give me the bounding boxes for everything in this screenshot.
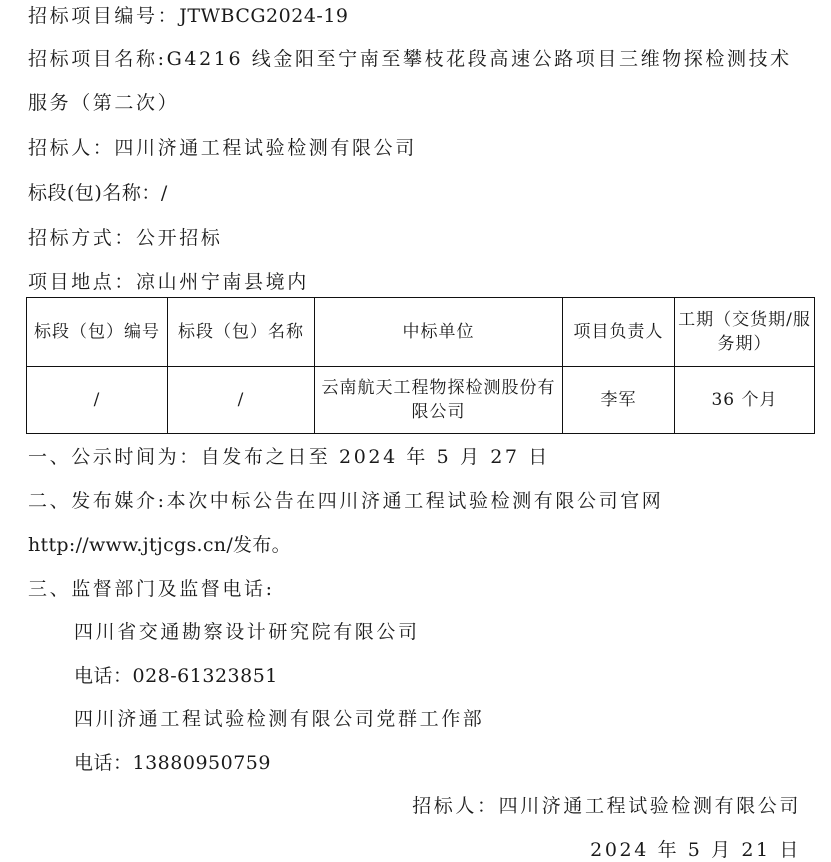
supervisor-org-1: 四川省交通勘察设计研究院有限公司 [74,620,420,644]
cell-manager: 李军 [563,367,675,434]
column-header-winner: 中标单位 [315,298,563,367]
column-header-lot-name: 标段（包）名称 [168,298,315,367]
tenderer-line: 招标人：四川济通工程试验检测有限公司 [28,136,417,160]
signature: 招标人：四川济通工程试验检测有限公司 [412,794,801,818]
project-name-continued: 服务（第二次） [28,91,179,115]
column-header-lot-no: 标段（包）编号 [27,298,168,367]
location-line: 项目地点：凉山州宁南县境内 [28,270,309,294]
project-name: G4216 线金阳至宁南至攀枝花段高速公路项目三维物探检测技术 [167,48,792,70]
lot-name-line: 标段(包)名称：/ [28,181,170,205]
cell-lot-name: / [168,367,315,434]
cell-lot-no: / [27,367,168,434]
cell-duration: 36 个月 [675,367,815,434]
publication-url[interactable]: http://www.jtjcgs.cn/发布。 [28,533,291,557]
supervisor-phone-1: 电话：028-61323851 [74,664,278,688]
method-line: 招标方式：公开招标 [28,226,222,250]
supervisor-org-2: 四川济通工程试验检测有限公司党群工作部 [74,707,484,731]
column-header-manager: 项目负责人 [563,298,675,367]
signature-date: 2024 年 5 月 21 日 [590,838,801,862]
project-name-label: 招标项目名称: [28,48,167,70]
location: 凉山州宁南县境内 [136,271,309,293]
project-number: JTWBCG2024-19 [179,5,348,27]
lot-name: / [161,182,170,204]
award-table: 标段（包）编号 标段（包）名称 中标单位 项目负责人 工期（交货期/服务期） /… [26,297,815,434]
project-number-line: 招标项目编号：JTWBCG2024-19 [28,4,349,28]
cell-winner: 云南航天工程物探检测股份有限公司 [315,367,563,434]
table-row: / / 云南航天工程物探检测股份有限公司 李军 36 个月 [27,367,815,434]
supervisor-phone-2: 电话：13880950759 [74,751,271,775]
project-name-line: 招标项目名称:G4216 线金阳至宁南至攀枝花段高速公路项目三维物探检测技术 [28,47,792,71]
tenderer-label: 招标人： [28,137,114,159]
tenderer: 四川济通工程试验检测有限公司 [114,137,416,159]
publication-media: 二、发布媒介:本次中标公告在四川济通工程试验检测有限公司官网 [28,489,663,513]
notice-period: 一、公示时间为：自发布之日至 2024 年 5 月 27 日 [28,445,550,469]
method-label: 招标方式： [28,227,136,249]
location-label: 项目地点： [28,271,136,293]
column-header-duration: 工期（交货期/服务期） [675,298,815,367]
lot-name-label: 标段(包)名称： [28,182,161,204]
method: 公开招标 [136,227,222,249]
supervision-heading: 三、监督部门及监督电话: [28,577,275,601]
project-number-label: 招标项目编号： [28,5,179,27]
table-header-row: 标段（包）编号 标段（包）名称 中标单位 项目负责人 工期（交货期/服务期） [27,298,815,367]
